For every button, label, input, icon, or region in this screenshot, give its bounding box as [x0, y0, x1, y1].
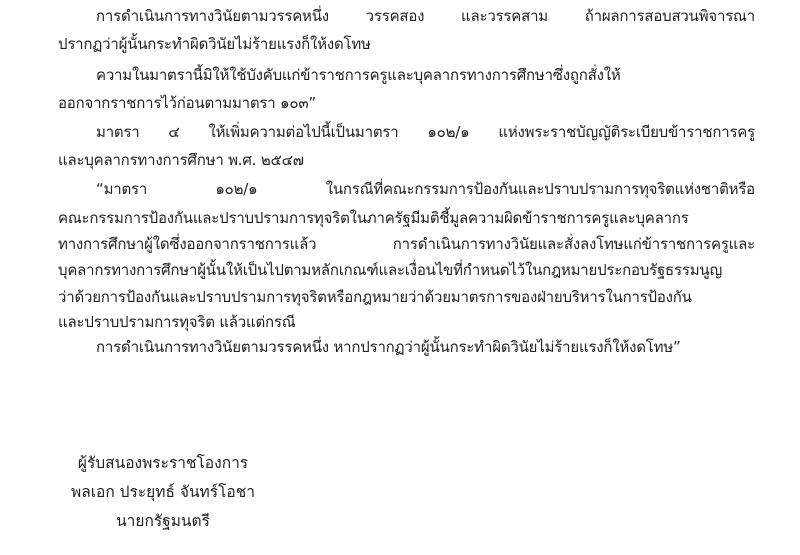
paragraph-line: คณะกรรมการป้องกันและปราบปรามการทุจริตในภ… [58, 208, 755, 228]
paragraph-line: การดำเนินการทางวินัยตามวรรคหนึ่ง วรรคสอง… [96, 6, 755, 26]
countersign-label: ผู้รับสนองพระราชโองการ [43, 453, 283, 473]
paragraph-line: ทางการศึกษาผู้ใดซึ่งออกจากราชการแล้ว การ… [58, 234, 755, 254]
paragraph-line: ปรากฏว่าผู้นั้นกระทำผิดวินัยไม่ร้ายแรงก็… [58, 34, 371, 54]
paragraph-line: ออกจากราชการไว้ก่อนตามมาตรา ๑๐๓” [58, 93, 316, 113]
paragraph-line: ความในมาตรานี้มิให้ใช้บังคับแก่ข้าราชการ… [96, 65, 755, 85]
signatory-title: นายกรัฐมนตรี [43, 511, 283, 531]
paragraph-line: และปราบปรามการทุจริต แล้วแต่กรณี [58, 312, 295, 332]
paragraph-line: การดำเนินการทางวินัยตามวรรคหนึ่ง หากปราก… [96, 337, 681, 357]
signatory-name: พลเอก ประยุทธ์ จันทร์โอชา [43, 482, 283, 502]
section-heading-line: มาตรา ๔ ให้เพิ่มความต่อไปนี้เป็นมาตรา ๑๐… [96, 122, 755, 142]
paragraph-line: บุคลากรทางการศึกษาผู้นั้นให้เป็นไปตามหลั… [58, 260, 755, 280]
paragraph-line: และบุคลากรทางการศึกษา พ.ศ. ๒๕๔๗ [58, 150, 304, 170]
paragraph-line: “มาตรา ๑๐๒/๑ ในกรณีที่คณะกรรมการป้องกันแ… [96, 179, 755, 199]
paragraph-line: ว่าด้วยการป้องกันและปราบปรามการทุจริตหรื… [58, 287, 755, 307]
